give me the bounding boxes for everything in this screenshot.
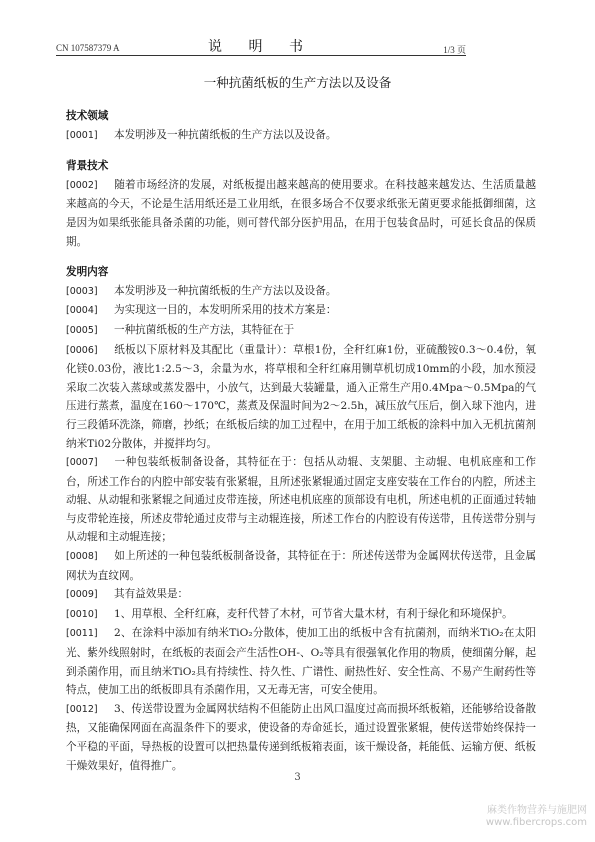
paragraph-text: 为实现这一目的，本发明所采用的技术方案是：: [114, 304, 336, 316]
watermark: 麻类作物营养与施肥网 www.fibercrops.com: [486, 805, 587, 829]
document-title: 一种抗菌纸板的生产方法以及设备: [0, 73, 595, 91]
paragraph-number: [0001]: [66, 127, 114, 146]
paragraph-number: [0007]: [66, 454, 114, 473]
paragraph-number: [0010]: [66, 606, 114, 625]
paragraph-text: 其有益效果是：: [114, 588, 188, 600]
paragraph: [0011]2、在涂料中添加有纳米TiO₂分散体，使加工出的纸板中含有抗菌剂，而…: [66, 624, 536, 699]
document-type: 说 明 书: [56, 36, 466, 56]
paragraph-text: 随着市场经济的发展，对纸板提出越来越高的使用要求。在科技越来越发达、生活质量越来…: [66, 179, 536, 248]
paragraph-text: 本发明涉及一种抗菌纸板的生产方法以及设备。: [114, 129, 336, 141]
paragraph: [0009]其有益效果是：: [66, 585, 536, 605]
paragraph-text: 纸板以下原材料及其配比（重量计）：草根1份，全秆红麻1份，亚硫酸铵0.3～0.4…: [66, 344, 536, 450]
page-header: CN 107587379 A 说 明 书 1/3 页: [56, 36, 466, 54]
paragraph-text: 本发明涉及一种抗菌纸板的生产方法以及设备。: [114, 285, 336, 297]
watermark-site-name: 麻类作物营养与施肥网: [486, 805, 587, 817]
paragraph: [0002]随着市场经济的发展，对纸板提出越来越高的使用要求。在科技越来越发达、…: [66, 176, 536, 251]
paragraph-text: 3、传送带设置为金属网状结构不但能防止出风口温度过高而损坏纸板箱，还能够给设备散…: [66, 703, 536, 772]
paragraph: [0004]为实现这一目的，本发明所采用的技术方案是：: [66, 301, 536, 321]
paragraph-text: 一种抗菌纸板的生产方法，其特征在于: [114, 324, 294, 336]
paragraph-number: [0002]: [66, 177, 114, 196]
page-number: 3: [0, 772, 595, 783]
paragraph-number: [0012]: [66, 701, 114, 720]
paragraph-number: [0005]: [66, 322, 114, 341]
paragraph-number: [0008]: [66, 548, 114, 567]
paragraph-number: [0003]: [66, 283, 114, 302]
section-heading-invention-content: 发明内容: [66, 263, 536, 282]
paragraph: [0008]如上所述的一种包装纸板制备设备，其特征在于：所述传送带为金属网状传送…: [66, 547, 536, 585]
header-divider: [56, 55, 466, 56]
paragraph: [0001]本发明涉及一种抗菌纸板的生产方法以及设备。: [66, 126, 536, 146]
paragraph: [0003]本发明涉及一种抗菌纸板的生产方法以及设备。: [66, 282, 536, 302]
paragraph-number: [0006]: [66, 342, 114, 361]
paragraph: [0005]一种抗菌纸板的生产方法，其特征在于: [66, 321, 536, 341]
paragraph-number: [0011]: [66, 625, 114, 644]
watermark-url: www.fibercrops.com: [486, 817, 587, 829]
paragraph-text: 1、用草根、全秆红麻，麦秆代替了木材，可节省大量木材，有利于绿化和环境保护。: [114, 608, 513, 620]
paragraph-text: 一种包装纸板制备设备，其特征在于：包括从动辊、支架腿、主动辊、电机底座和工作台，…: [66, 456, 536, 543]
paragraph: [0010]1、用草根、全秆红麻，麦秆代替了木材，可节省大量木材，有利于绿化和环…: [66, 605, 536, 625]
section-heading-technical-field: 技术领域: [66, 107, 536, 126]
paragraph: [0007]一种包装纸板制备设备，其特征在于：包括从动辊、支架腿、主动辊、电机底…: [66, 453, 536, 547]
paragraph: [0012]3、传送带设置为金属网状结构不但能防止出风口温度过高而损坏纸板箱，还…: [66, 700, 536, 775]
paragraph-text: 2、在涂料中添加有纳米TiO₂分散体，使加工出的纸板中含有抗菌剂，而纳米TiO₂…: [66, 627, 536, 696]
document-body: 技术领域 [0001]本发明涉及一种抗菌纸板的生产方法以及设备。 背景技术 [0…: [66, 107, 536, 775]
section-heading-background: 背景技术: [66, 157, 536, 176]
paragraph: [0006]纸板以下原材料及其配比（重量计）：草根1份，全秆红麻1份，亚硫酸铵0…: [66, 341, 536, 454]
paragraph-number: [0009]: [66, 586, 114, 605]
paragraph-text: 如上所述的一种包装纸板制备设备，其特征在于：所述传送带为金属网状传送带，且金属网…: [66, 550, 536, 582]
paragraph-number: [0004]: [66, 302, 114, 321]
